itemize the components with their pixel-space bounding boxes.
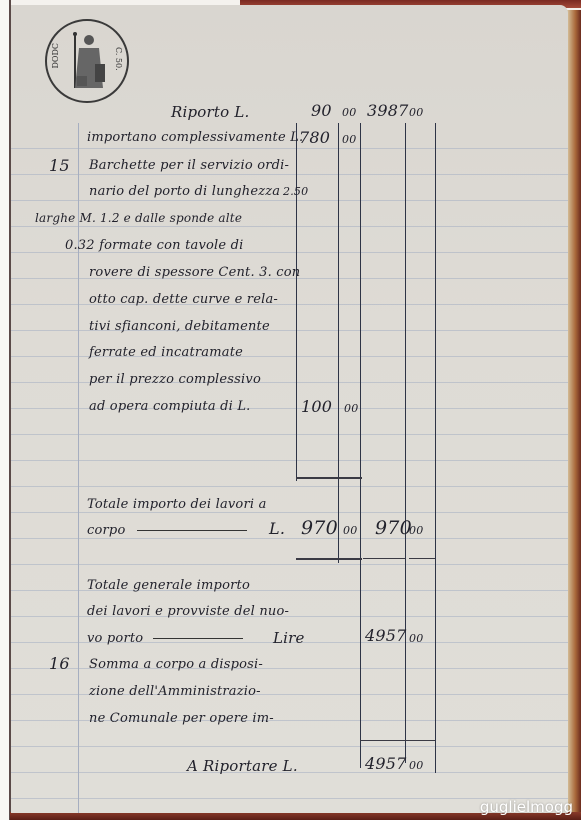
stamp-right-text: C. 50. xyxy=(114,47,123,71)
ledger-page: DODC C. 50. Riporto L. 90 00 3987 00 imp… xyxy=(11,5,568,813)
line-ferrate: ferrate ed incatramate xyxy=(89,345,243,360)
column-line-5 xyxy=(435,123,436,773)
item-number-15: 15 xyxy=(49,156,70,175)
subtotal-col3-lire: 970 xyxy=(375,517,412,539)
to-carry-col3-cents: 00 xyxy=(409,759,423,772)
item16-line3: ne Comunale per opere im- xyxy=(89,711,274,726)
carried-forward-col1-lire: 90 xyxy=(311,101,332,120)
carried-forward-col3-lire: 3987 xyxy=(367,101,409,120)
line-barchette: Barchette per il servizio ordi- xyxy=(89,158,289,173)
subtotal-corpo: corpo xyxy=(87,523,125,538)
line-importano-cents: 00 xyxy=(342,133,356,146)
to-carry-label: A Riportare L. xyxy=(187,757,298,775)
line-tavole: 0.32 formate con tavole di xyxy=(65,238,243,253)
line-otto: otto cap. dette curve e rela- xyxy=(89,292,278,307)
line-nario: nario del porto di lunghezza xyxy=(89,184,280,199)
grand-total-line2: dei lavori e provviste del nuo- xyxy=(87,604,289,619)
subtotal-top-rule xyxy=(296,477,362,479)
grand-total-vo-porto: vo porto xyxy=(87,631,143,646)
column-line-2 xyxy=(338,123,339,563)
subtotal-bottom-rule-col4 xyxy=(409,558,435,559)
line-importano-lire: 780 xyxy=(299,128,330,147)
carried-forward-label: Riporto L. xyxy=(171,103,249,121)
line-importano: importano complessivamente L. xyxy=(87,130,303,145)
subtotal-line1: Totale importo dei lavori a xyxy=(87,497,267,512)
grand-total-col3-cents: 00 xyxy=(409,632,423,645)
column-line-4 xyxy=(405,123,406,763)
line-prezzo: per il prezzo complessivo xyxy=(89,372,261,387)
grand-total-col3-lire: 4957 xyxy=(365,626,407,645)
carried-forward-col1-cents: 00 xyxy=(342,106,356,119)
subtotal-bottom-rule xyxy=(296,558,362,560)
to-carry-col3-lire: 4957 xyxy=(365,754,407,773)
line-opera: ad opera compiuta di L. xyxy=(89,399,251,414)
ruled-lines xyxy=(11,123,568,813)
cover-right-edge xyxy=(567,10,581,820)
item16-line1: Somma a corpo a disposi- xyxy=(89,657,263,672)
carry-top-rule xyxy=(360,740,435,741)
column-line-1 xyxy=(296,123,297,481)
left-page-edge xyxy=(0,0,11,820)
revenue-stamp: DODC C. 50. xyxy=(45,19,129,103)
line-rovere: rovere di spessore Cent. 3. con xyxy=(89,265,300,280)
line-tivi: tivi sfianconi, debitamente xyxy=(89,319,270,334)
column-line-3 xyxy=(360,123,361,768)
subtotal-col1-cents: 00 xyxy=(343,524,357,537)
grand-total-line3: vo porto xyxy=(87,631,247,646)
line-opera-cents: 00 xyxy=(344,402,358,415)
subtotal-col3-cents: 00 xyxy=(409,524,423,537)
item-number-16: 16 xyxy=(49,654,70,673)
item16-line2: zione dell'Amministrazio- xyxy=(89,684,261,699)
line-nario-note: 2.50 xyxy=(283,185,308,198)
line-opera-lire: 100 xyxy=(301,397,332,416)
stamp-left-text: DODC xyxy=(51,43,60,69)
allegorical-figure-icon xyxy=(65,30,109,92)
subtotal-currency: L. xyxy=(269,519,285,538)
left-margin-line xyxy=(78,123,79,813)
subtotal-line2: corpo xyxy=(87,523,251,538)
carried-forward-col3-cents: 00 xyxy=(409,106,423,119)
photographer-watermark: guglielmogg xyxy=(480,798,573,816)
subtotal-col1-lire: 970 xyxy=(301,517,338,539)
line-larghe: larghe M. 1.2 e dalle sponde alte xyxy=(35,211,242,225)
grand-total-currency: Lire xyxy=(273,629,305,647)
grand-total-line1: Totale generale importo xyxy=(87,578,250,593)
subtotal-bottom-rule-col3 xyxy=(363,558,405,559)
